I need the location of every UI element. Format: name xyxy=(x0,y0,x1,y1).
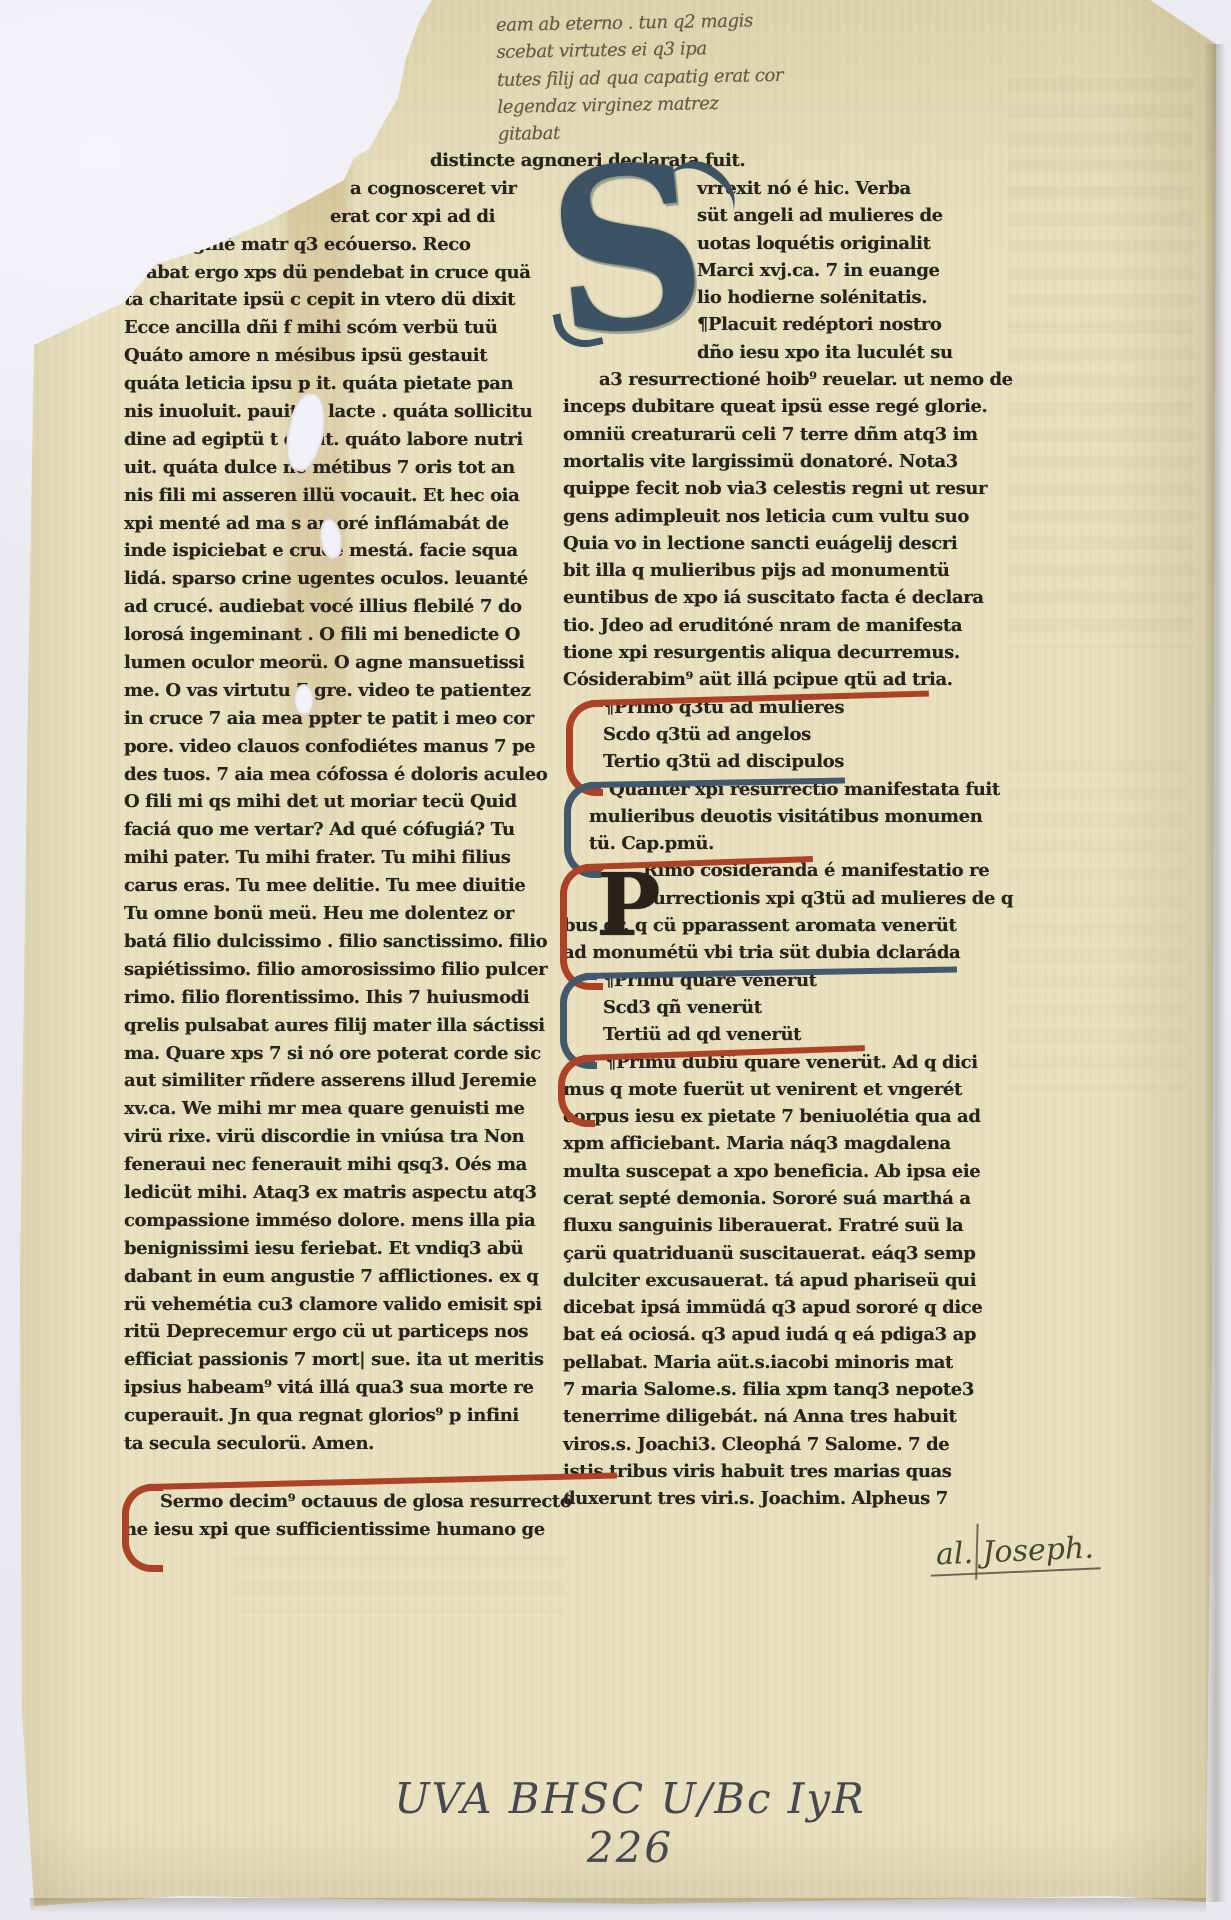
text-line: mus q mote fuerüt ut venirent et vngerét xyxy=(563,1079,1023,1106)
text-line: dabant in eum angustie 7 afflictiones. e… xyxy=(124,1266,570,1294)
ink-bleedthrough xyxy=(235,1555,565,1613)
text-line: inde ispiciebat e cruce mestá. facie squ… xyxy=(124,540,570,568)
text-line: corpus iesu ex pietate 7 beniuolétia qua… xyxy=(563,1106,1023,1133)
text-line: quippe fecit nob via3 celestis regni ut … xyxy=(563,478,1023,505)
text-line: ad crucé. audiebat vocé illius flebilé 7… xyxy=(124,596,570,624)
text-line: xv.ca. We mihi mr mea quare genuisti me xyxy=(124,1098,570,1126)
text-line: O fili mi qs mihi det ut moriar tecü Qui… xyxy=(124,791,570,819)
text-line: me. O vas virtutu 7 gre. video te patien… xyxy=(124,680,570,708)
text-line: Quáto amore n mésibus ipsü gestauit xyxy=(124,345,570,373)
text-line: benignissimi iesu feriebat. Et vndiq3 ab… xyxy=(124,1238,570,1266)
ink-bleedthrough xyxy=(1008,78,1193,648)
text-line: tenerrime diligebát. ná Anna tres habuit xyxy=(563,1406,1023,1433)
text-line: mihi pater. Tu mihi frater. Tu mihi fili… xyxy=(124,847,570,875)
text-line: a virginé matr q3 ecóuerso. Reco xyxy=(124,234,570,262)
text-line: feneraui nec fenerauit mihi qsq3. Oés ma xyxy=(124,1154,570,1182)
text-line: pore. video clauos confodiétes manus 7 p… xyxy=(124,736,570,764)
text-line: dicebat ipsá immüdá q3 apud sororé q dic… xyxy=(563,1297,1023,1324)
text-line: ta secula seculorü. Amen. xyxy=(124,1433,570,1461)
text-line: lorosá ingeminant . O fili mi benedicte … xyxy=(124,624,570,652)
text-line: Scdo q3tü ad angelos xyxy=(563,724,1023,751)
text-line: pellabat. Maria aüt.s.iacobi minoris mat xyxy=(563,1352,1023,1379)
text-line: efficiat passionis 7 mort| sue. ita ut m… xyxy=(124,1349,570,1377)
text-line: distincte agno xyxy=(124,150,570,178)
text-line: multa suscepat a xpo beneficia. Ab ipsa … xyxy=(563,1161,1023,1188)
text-line: uit. quáta dulce ne métibus 7 oris tot a… xyxy=(124,457,570,485)
ink-bleedthrough xyxy=(1008,760,1188,1090)
page-edge-shadow xyxy=(1204,44,1226,1902)
text-line: batá filio dulcissimo . filio sanctissim… xyxy=(124,931,570,959)
text-line: Tu omne bonü meü. Heu me dolentez or xyxy=(124,903,570,931)
text-line: ipsius habeam⁹ vitá illá qua3 sua morte … xyxy=(124,1377,570,1405)
text-line: istis tribus viris habuit tres marias qu… xyxy=(563,1461,1023,1488)
text-line: lidá. sparso crine ugentes oculos. leuan… xyxy=(124,568,570,596)
text-line: cuperauit. Jn qua regnat glorios⁹ p infi… xyxy=(124,1405,570,1433)
shelfmark-label: UVA BHSC U/Bc IyR 226 xyxy=(350,1774,910,1872)
text-line: qrelis pulsabat aures filij mater illa s… xyxy=(124,1015,570,1043)
rubric-bracket-red xyxy=(560,864,603,990)
text-line: Ecce ancilla dñi f mihi scóm verbü tuü xyxy=(124,317,570,345)
text-line: ritü Deprecemur ergo cü ut particeps nos xyxy=(124,1321,570,1349)
yellow-stain xyxy=(2,246,54,320)
text-line: ne iesu xpi que sufficientissime humano … xyxy=(124,1519,570,1547)
text-line: fluxu sanguinis liberauerat. Fratré suü … xyxy=(563,1215,1023,1242)
text-line: mulieribus deuotis visitátibus monumen xyxy=(563,806,1023,833)
text-line: bit illa q mulieribus pijs ad monumentü xyxy=(563,560,1023,587)
text-line: aut similiter rñdere asserens illud Jere… xyxy=(124,1070,570,1098)
text-line: virü rixe. virü discordie in vniúsa tra … xyxy=(124,1126,570,1154)
text-line: carus eras. Tu mee delitie. Tu mee diuit… xyxy=(124,875,570,903)
text-line: gens adimpleuit nos leticia cum vultu su… xyxy=(563,506,1023,533)
text-line: bat eá ociosá. q3 apud iudá q eá pdiga3 … xyxy=(563,1324,1023,1351)
page-edge-shadow xyxy=(30,1898,1206,1914)
handwritten-annotation-joseph: al. Joseph. xyxy=(929,1530,1100,1576)
text-line: quáta leticia ipsu p it. quáta pietate p… xyxy=(124,373,570,401)
text-line: Scd3 qñ venerüt xyxy=(563,997,1023,1024)
text-line: Sermo decim⁹ octauus de glosa resurrectó xyxy=(124,1491,570,1519)
text-line: sapiétissimo. filio amorosissimo filio p… xyxy=(124,959,570,987)
text-line: abat ergo xps dü pendebat in cruce quä xyxy=(124,262,570,290)
text-line: faciá quo me vertar? Ad qué cófugiá? Tu xyxy=(124,819,570,847)
text-column-left: distincte agnoa cognosceret virerat cor … xyxy=(124,150,570,1547)
text-line: a cognosceret vir xyxy=(124,178,570,206)
scanned-incunabulum-page: { "document": { "marginalia_top": { "lin… xyxy=(0,0,1231,1920)
text-line: lumen oculor meorü. O agne mansuetissi xyxy=(124,652,570,680)
text-line: xpm afficiebant. Maria náq3 magdalena xyxy=(563,1133,1023,1160)
paper-hole xyxy=(294,684,314,716)
text-line: erat cor xpi ad di xyxy=(124,206,570,234)
text-line: duxerunt tres viri.s. Joachim. Alpheus 7 xyxy=(563,1488,1023,1515)
text-line: Quia vo in lectione sancti euágelij desc… xyxy=(563,533,1023,560)
text-line: Cósiderabim⁹ aüt illá pcipue qtü ad tria… xyxy=(563,669,1023,696)
text-line: dine ad egiptü t duxit. quáto labore nut… xyxy=(124,429,570,457)
text-line: mortalis vite largissimü donatoré. Nota3 xyxy=(563,451,1023,478)
text-line: viros.s. Joachi3. Cleophá 7 Salome. 7 de xyxy=(563,1434,1023,1461)
text-line: xpi menté ad ma s amoré inflámabát de xyxy=(124,513,570,541)
text-line: ma. Quare xps 7 si nó ore poterat corde … xyxy=(124,1043,570,1071)
text-line: omniü creaturarü celi 7 terre dñm atq3 i… xyxy=(563,424,1023,451)
text-line: tione xpi resurgentis aliqua decurremus. xyxy=(563,642,1023,669)
text-line: dulciter excusauerat. tá apud phariseü q… xyxy=(563,1270,1023,1297)
text-line: des tuos. 7 aia mea cófossa é doloris ac… xyxy=(124,764,570,792)
text-line: euntibus de xpo iá suscitato facta é dec… xyxy=(563,587,1023,614)
text-line: compassione imméso dolore. mens illa pia xyxy=(124,1210,570,1238)
text-line: ledicüt mihi. Ataq3 ex matris aspectu at… xyxy=(124,1182,570,1210)
text-line: ta charitate ipsü c cepit in vtero dü di… xyxy=(124,289,570,317)
text-line: inceps dubitare queat ipsü esse regé glo… xyxy=(563,396,1023,423)
text-line: rü vehemétia cu3 clamore valido emisit s… xyxy=(124,1294,570,1322)
text-line: cerat septé demonia. Sororé suá marthá a xyxy=(563,1188,1023,1215)
page-leaf: eam ab eterno . tun q2 magisscebat virtu… xyxy=(0,0,1231,1920)
text-line: in cruce 7 aia mea ppter te patit i meo … xyxy=(124,708,570,736)
text-line: nis inuoluit. pauitq3 lacte . quáta soll… xyxy=(124,401,570,429)
text-line: tio. Jdeo ad eruditóné nram de manifesta xyxy=(563,615,1023,642)
rubric-bracket-red xyxy=(122,1484,163,1572)
chapter-initial-p: P xyxy=(596,856,661,956)
text-line: nis fili mi asseren illü vocauit. Et hec… xyxy=(124,485,570,513)
text-line: çarü quatriduanü suscitauerat. eáq3 semp xyxy=(563,1243,1023,1270)
text-line: rimo. filio florentissimo. Ihis 7 huiusm… xyxy=(124,987,570,1015)
text-line: 7 maria Salome.s. filia xpm tanq3 nepote… xyxy=(563,1379,1023,1406)
text-line: Tertio q3tü ad discipulos xyxy=(563,751,1023,778)
